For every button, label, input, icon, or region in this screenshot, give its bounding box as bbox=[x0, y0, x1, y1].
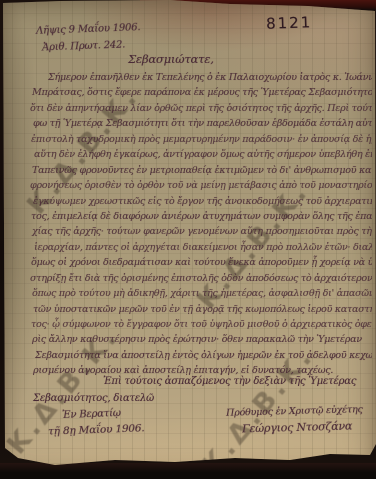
closing-line-2: Σεβασμιότητος, διατελῶ bbox=[33, 393, 154, 404]
handwritten-line: Ταπεινῶς φρονοῦντες ἐν μετριοπαθείᾳ ἐκτι… bbox=[30, 163, 372, 178]
handwritten-line: ρὶς ἄλλην καθυστέρησιν πρὸς ἐρώτησιν· ὅθ… bbox=[30, 332, 372, 347]
handwritten-line: ὅτι δὲν ἀπηντήσαμεν λίαν ὀρθῶς περὶ τῆς … bbox=[30, 101, 372, 116]
handwritten-line: τος, ἐπιμελείᾳ δὲ διαφόρων ἀνιέρων ἀτυχη… bbox=[30, 209, 372, 224]
handwritten-line: Μπράτσας, ὅστις ἔφερε παράπονα ἐκ μέρους… bbox=[30, 85, 372, 100]
scanned-letter: Κ.Δ.Β.Κ. Κ.Δ.Β.Κ. Κ.Δ.Β.Κ. Κ.Δ.Β.Κ. 8121… bbox=[0, 0, 376, 479]
letter-body: Σήμερον ἐπανῆλθεν ἐκ Τεπελένης ὁ ἐκ Παλα… bbox=[30, 70, 372, 380]
closing-line-1: Ἐπὶ τούτοις ἀσπαζόμενος τὴν δεξιὰν τῆς Ὑ… bbox=[103, 376, 356, 387]
handwritten-line: στηρίξῃ ἔτι διὰ τῆς ὁρισμένης ἐπιστολῆς … bbox=[30, 271, 372, 286]
scan-edge-bottom bbox=[0, 463, 376, 479]
handwritten-line: Σήμερον ἐπανῆλθεν ἐκ Τεπελένης ὁ ἐκ Παλα… bbox=[30, 70, 372, 85]
handwritten-line: τῶν ὑποστατικῶν μερῶν τοῦ ἐν τῇ ἀγορᾷ τῆ… bbox=[30, 302, 372, 317]
handwritten-line: ἐγκύψωμεν χρεωστικῶς εἰς τὸ ἔργον τῆς ἀν… bbox=[30, 194, 372, 209]
handwritten-line: φω τῇ Ὑμετέρᾳ Σεβασμιότητι ὅτι τὴν παρελ… bbox=[30, 116, 372, 131]
handwritten-line: αὕτη δὲν ἐλήφθη ἐγκαίρως, ἀντίγραφον ὅμω… bbox=[30, 147, 372, 162]
handwritten-line: ἱεραρχίαν, πάντες οἱ ἀρχηγέται διακείμεν… bbox=[30, 240, 372, 255]
handwritten-line: Σεβασμιότητα ἵνα ἀποστείλῃ ἐντὸς ὀλίγων … bbox=[30, 348, 372, 363]
handwritten-line: ἐπιστολὴ ταχυδρομικὴ πρὸς μεμαρτυρημένην… bbox=[30, 132, 372, 147]
handwritten-line: χίας τῆς ἀρχῆς· τούτων φανερῶν γενομένων… bbox=[30, 224, 372, 239]
letter-page: Κ.Δ.Β.Κ. Κ.Δ.Β.Κ. Κ.Δ.Β.Κ. Κ.Δ.Β.Κ. 8121… bbox=[0, 0, 376, 479]
archive-number: 8121 bbox=[266, 13, 313, 33]
place-line: Ἐν Βερατίῳ bbox=[62, 408, 121, 421]
handwritten-line: τος· ᾧ σύμφωνον τὸ ἔγγραφον ὅτι τοῦ ὑψηλ… bbox=[30, 317, 372, 332]
handwritten-line: φρονήσεως ὁρισθὲν τὸ ὀρθὸν τοῦ νὰ μείνῃ … bbox=[30, 178, 372, 193]
handwritten-line: ὅμως οἱ χρόνοι διεδραμάτισαν καὶ τούτου … bbox=[30, 255, 372, 270]
handwritten-line: ὅπως πρὸ τούτου μὴ ἀδικηθῇ, χάριτι τῆς ἡ… bbox=[30, 286, 372, 301]
salutation: Σεβασμιώτατε, bbox=[128, 52, 214, 66]
